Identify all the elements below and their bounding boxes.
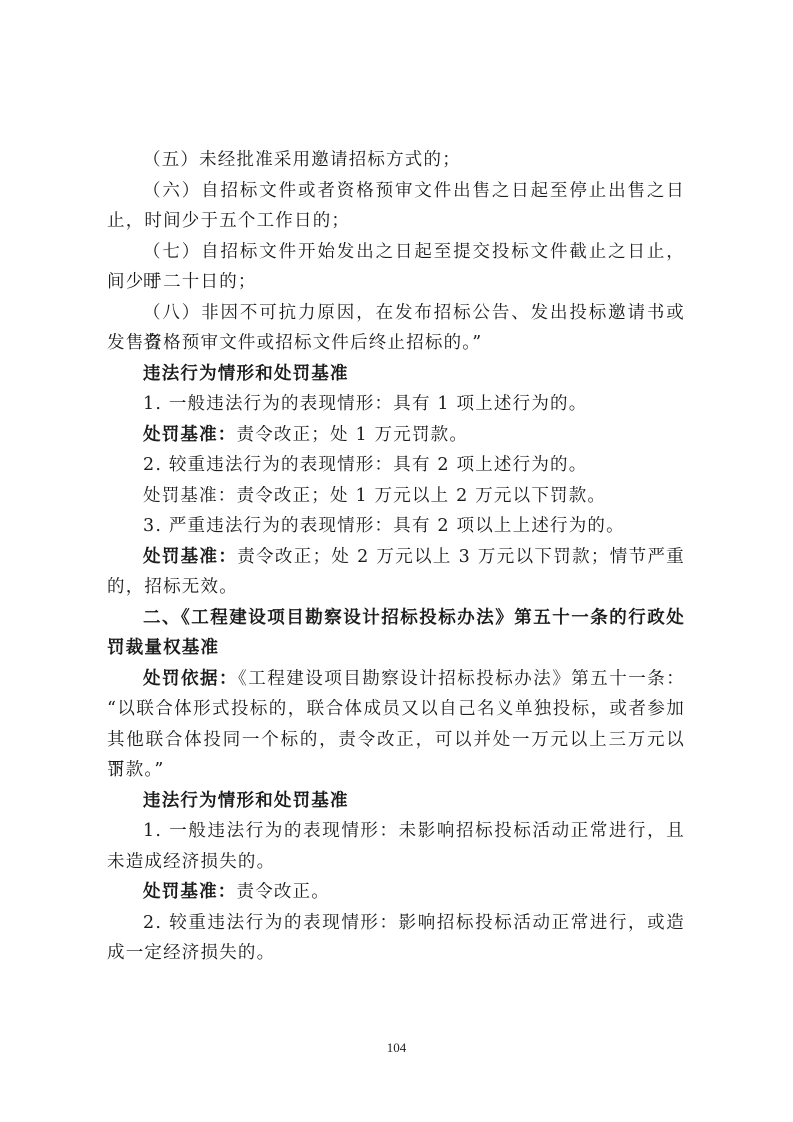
heading-text: 违法行为情形和处罚基准: [143, 364, 349, 384]
document-page: （五）未经批准采用邀请招标方式的； （六）自招标文件或者资格预审文件出售之日起至…: [0, 0, 793, 1122]
violation-serious-2-cont: 成一定经济损失的。: [107, 938, 685, 969]
clause-6-cont: 止，时间少于五个工作日的；: [107, 206, 685, 237]
text: 责令改正；处 2 万元以上 3 万元以下罚款；情节严重: [237, 547, 685, 567]
text: 《工程建设项目勘察设计招标投标办法》第五十一条：: [238, 669, 685, 689]
text: 责令改正；处 1 万元罚款。: [237, 425, 469, 445]
text: 的，招标无效。: [107, 577, 238, 597]
text: （六）自招标文件或者资格预审文件出售之日起至停止出售之日: [143, 181, 685, 201]
text: 2. 较重违法行为的表现情形：具有 2 项上述行为的。: [143, 455, 587, 475]
text: 3. 严重违法行为的表现情形：具有 2 项以上上述行为的。: [143, 516, 625, 536]
text: 未造成经济损失的。: [107, 852, 275, 872]
penalty-basis: 处罚依据：《工程建设项目勘察设计招标投标办法》第五十一条：: [107, 664, 685, 695]
clause-7: （七）自招标文件开始发出之日起至提交投标文件截止之日止，时: [107, 237, 685, 268]
clause-8-cont: 发售资格预审文件或招标文件后终止招标的。”: [107, 328, 685, 359]
violation-serious-2: 2. 较重违法行为的表现情形：影响招标投标活动正常进行，或造: [107, 908, 685, 939]
text: 间少于二十日的；: [107, 272, 257, 292]
penalty-standard-2: 处罚基准：责令改正；处 1 万元以上 2 万元以下罚款。: [107, 481, 685, 512]
text: 责令改正。: [237, 882, 331, 902]
violation-general-1: 1. 一般违法行为的表现情形：具有 1 项上述行为的。: [107, 389, 685, 420]
section-heading-violations-2: 违法行为情形和处罚基准: [107, 786, 685, 817]
penalty-standard-1: 处罚基准：责令改正；处 1 万元罚款。: [107, 420, 685, 451]
section-heading-article-51: 二、《工程建设项目勘察设计招标投标办法》第五十一条的行政处: [107, 603, 685, 634]
text: 处罚基准：责令改正；处 1 万元以上 2 万元以下罚款。: [143, 486, 606, 506]
heading-text: 罚裁量权基准: [107, 638, 219, 658]
quote-line-1: “以联合体形式投标的，联合体成员又以自己名义单独投标，或者参加: [107, 694, 685, 725]
penalty-standard-3: 处罚基准：责令改正；处 2 万元以上 3 万元以下罚款；情节严重: [107, 542, 685, 573]
violation-general-2: 1. 一般违法行为的表现情形：未影响招标投标活动正常进行，且: [107, 816, 685, 847]
text: （五）未经批准采用邀请招标方式的；: [143, 150, 461, 170]
clause-8: （八）非因不可抗力原因，在发布招标公告、发出投标邀请书或者: [107, 298, 685, 329]
penalty-label: 处罚基准：: [143, 882, 237, 902]
text: 罚款。”: [107, 760, 165, 780]
text: 止，时间少于五个工作日的；: [107, 211, 350, 231]
clause-6: （六）自招标文件或者资格预审文件出售之日起至停止出售之日: [107, 176, 685, 207]
violation-severe-1: 3. 严重违法行为的表现情形：具有 2 项以上上述行为的。: [107, 511, 685, 542]
violation-general-2-cont: 未造成经济损失的。: [107, 847, 685, 878]
clause-5: （五）未经批准采用邀请招标方式的；: [107, 145, 685, 176]
document-body: （五）未经批准采用邀请招标方式的； （六）自招标文件或者资格预审文件出售之日起至…: [107, 145, 685, 969]
clause-7-cont: 间少于二十日的；: [107, 267, 685, 298]
text: 2. 较重违法行为的表现情形：影响招标投标活动正常进行，或造: [143, 913, 685, 933]
basis-label: 处罚依据：: [143, 669, 238, 689]
section-heading-article-51-cont: 罚裁量权基准: [107, 633, 685, 664]
penalty-label: 处罚基准：: [143, 547, 237, 567]
violation-serious-1: 2. 较重违法行为的表现情形：具有 2 项上述行为的。: [107, 450, 685, 481]
quote-line-2: 其他联合体投同一个标的，责令改正，可以并处一万元以上三万元以下: [107, 725, 685, 756]
heading-text: 二、《工程建设项目勘察设计招标投标办法》第五十一条的行政处: [143, 608, 685, 628]
text: 成一定经济损失的。: [107, 943, 275, 963]
text: “以联合体形式投标的，联合体成员又以自己名义单独投标，或者参加: [107, 699, 685, 719]
section-heading-violations-1: 违法行为情形和处罚基准: [107, 359, 685, 390]
heading-text: 违法行为情形和处罚基准: [143, 791, 349, 811]
text: 发售资格预审文件或招标文件后终止招标的。”: [107, 333, 482, 353]
penalty-label: 处罚基准：: [143, 425, 237, 445]
text: 1. 一般违法行为的表现情形：未影响招标投标活动正常进行，且: [143, 821, 685, 841]
text: 1. 一般违法行为的表现情形：具有 1 项上述行为的。: [143, 394, 587, 414]
penalty-standard-4: 处罚基准：责令改正。: [107, 877, 685, 908]
page-number: 104: [0, 1040, 793, 1056]
quote-line-3: 罚款。”: [107, 755, 685, 786]
penalty-standard-3-cont: 的，招标无效。: [107, 572, 685, 603]
